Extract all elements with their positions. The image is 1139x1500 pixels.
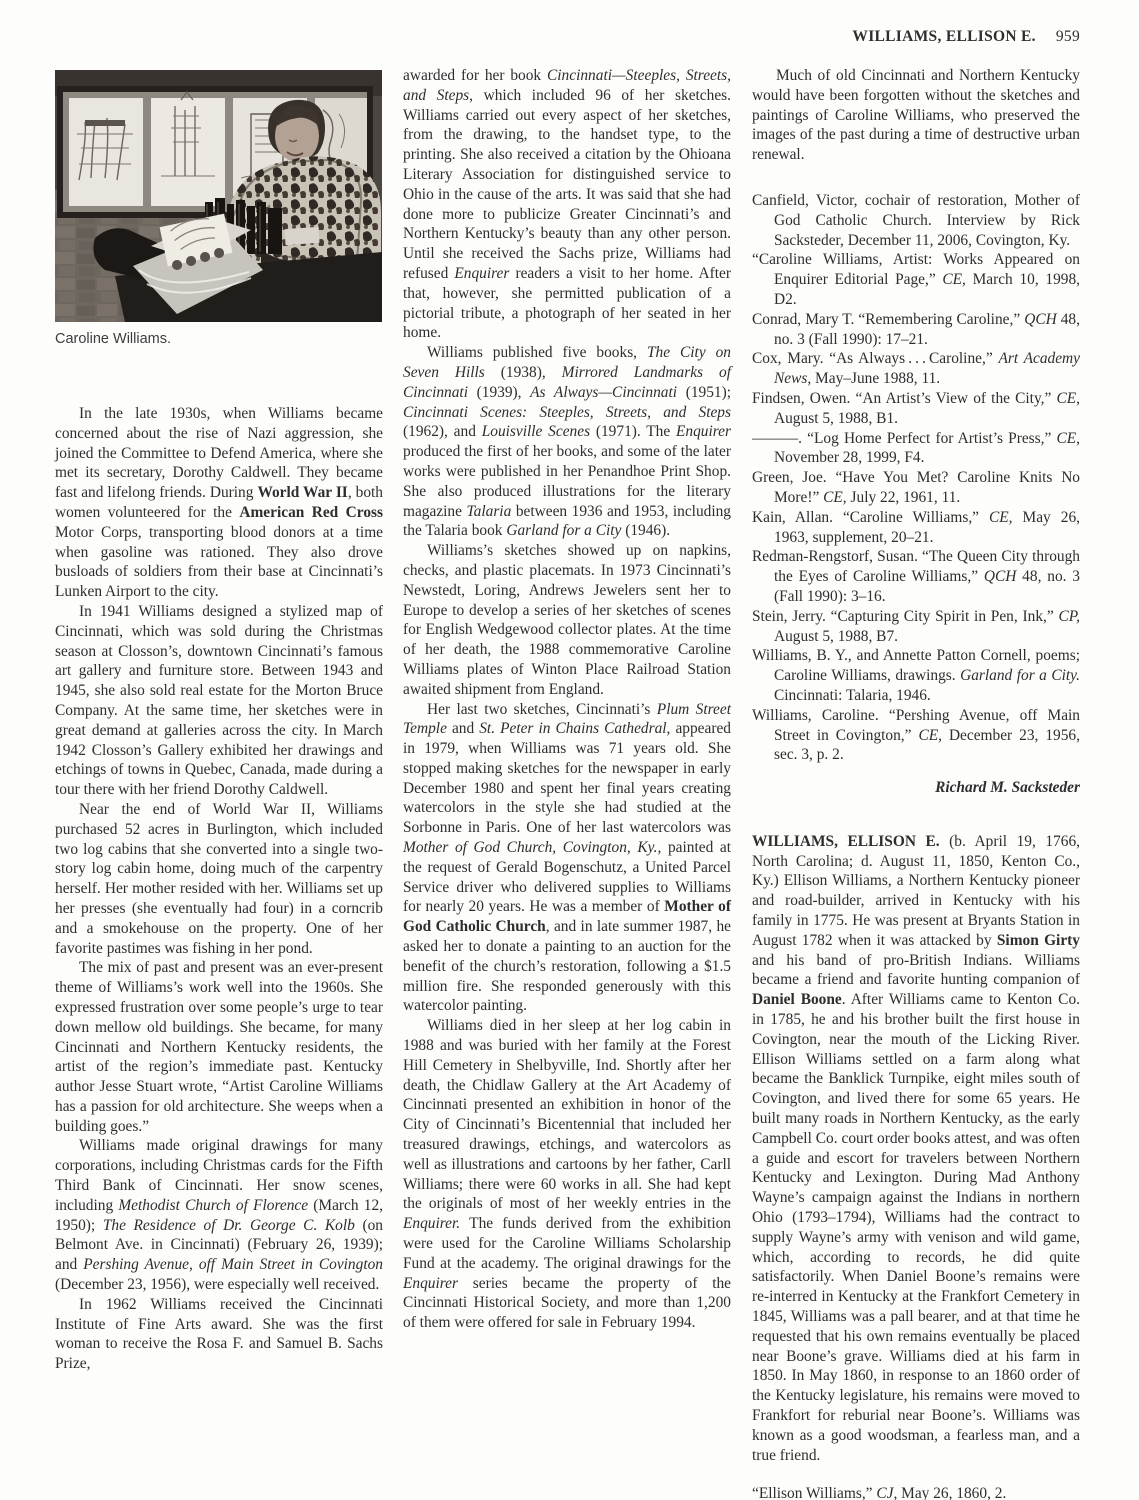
paragraph: The mix of past and present was an ever-… bbox=[55, 958, 383, 1136]
photo-caption: Caroline Williams. bbox=[55, 331, 382, 347]
paragraph: awarded for her book Cincinnati—Steeples… bbox=[403, 66, 731, 343]
paragraph: In 1962 Williams received the Cincinnati… bbox=[55, 1295, 383, 1374]
bibliography-entry: Green, Joe. “Have You Met? Caroline Knit… bbox=[752, 468, 1080, 508]
paragraph: Near the end of World War II, Williams p… bbox=[55, 800, 383, 958]
bibliography-entry: Conrad, Mary T. “Remembering Caroline,” … bbox=[752, 310, 1080, 350]
running-head: WILLIAMS, ELLISON E.959 bbox=[752, 28, 1080, 46]
bibliography-entry: ———. “Log Home Perfect for Artist’s Pres… bbox=[752, 429, 1080, 469]
author-signature: Richard M. Sacksteder bbox=[752, 778, 1080, 798]
paragraph: Williams made original drawings for many… bbox=[55, 1136, 383, 1294]
paragraph: Her last two sketches, Cincinnati’s Plum… bbox=[403, 700, 731, 1017]
text-column-left: In the late 1930s, when Williams became … bbox=[55, 404, 383, 1374]
bibliography-entry: Williams, B. Y., and Annette Patton Corn… bbox=[752, 646, 1080, 705]
bibliography-entry: Cox, Mary. “As Always . . . Caroline,” A… bbox=[752, 349, 1080, 389]
bibliography-entry: “Caroline Williams, Artist: Works Appear… bbox=[752, 250, 1080, 309]
bibliography-entry: Williams, Caroline. “Pershing Avenue, of… bbox=[752, 706, 1080, 765]
bibliography-entry: Kain, Allan. “Caroline Williams,” CE, Ma… bbox=[752, 508, 1080, 548]
bibliography-entry: Canfield, Victor, cochair of restoration… bbox=[752, 191, 1080, 250]
spacer bbox=[752, 1465, 1080, 1484]
bibliography-entry: Stein, Jerry. “Capturing City Spirit in … bbox=[752, 607, 1080, 647]
paragraph: Williams died in her sleep at her log ca… bbox=[403, 1016, 731, 1333]
bibliography-entry: Redman-Rengstorf, Susan. “The Queen City… bbox=[752, 547, 1080, 606]
text-column-right: Much of old Cincinnati and Northern Kent… bbox=[752, 66, 1080, 1500]
photo-illustration bbox=[55, 70, 382, 322]
paragraph: In the late 1930s, when Williams became … bbox=[55, 404, 383, 602]
spacer bbox=[752, 798, 1080, 832]
running-head-title: WILLIAMS, ELLISON E. bbox=[852, 28, 1035, 45]
citation-line: “Ellison Williams,” CJ, May 26, 1860, 2. bbox=[752, 1484, 1080, 1500]
entry-paragraph: WILLIAMS, ELLISON E. (b. April 19, 1766,… bbox=[752, 832, 1080, 1466]
text-column-middle: awarded for her book Cincinnati—Steeples… bbox=[403, 66, 731, 1333]
caroline-williams-photo bbox=[55, 70, 382, 322]
paragraph: In 1941 Williams designed a stylized map… bbox=[55, 602, 383, 800]
spacer bbox=[752, 165, 1080, 191]
paragraph: Williams published five books, The City … bbox=[403, 343, 731, 541]
bibliography-entry: Findsen, Owen. “An Artist’s View of the … bbox=[752, 389, 1080, 429]
page-number: 959 bbox=[1056, 28, 1080, 45]
paragraph: Much of old Cincinnati and Northern Kent… bbox=[752, 66, 1080, 165]
book-page: { "header": { "title": "WILLIAMS, ELLISO… bbox=[0, 0, 1139, 1500]
paragraph: Williams’s sketches showed up on napkins… bbox=[403, 541, 731, 699]
